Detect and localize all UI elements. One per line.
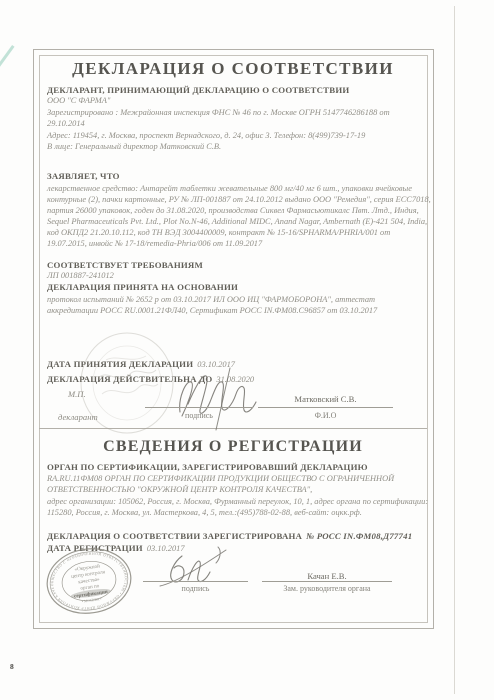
scan-artifact-mark — [0, 45, 15, 71]
cert-body-name: RA.RU.11ФМ08 ОРГАН ПО СЕРТИФИКАЦИИ ПРОДУ… — [47, 473, 431, 495]
declarant-signature-line — [145, 407, 253, 408]
declarant-heading: ДЕКЛАРАНТ, ПРИНИМАЮЩИЙ ДЕКЛАРАЦИЮ О СООТ… — [47, 85, 349, 95]
registration-title: СВЕДЕНИЯ О РЕГИСТРАЦИИ — [33, 438, 433, 456]
declarant-registration-line: Зарегистрировано : Межрайонная инспекция… — [47, 107, 429, 129]
declarant-fio-line — [258, 407, 393, 408]
declarant-fio-value: Матковский С.В. — [258, 394, 393, 404]
product-description: лекарственное средство: Антарейт таблетк… — [47, 183, 431, 249]
complies-value: ЛП 001887-241012 — [47, 271, 114, 280]
certification-round-stamp: ОБЩЕСТВО С ОГРАНИЧЕННОЙ ОТВЕТСТВЕННОСТЬЮ… — [42, 544, 142, 618]
declarant-person-line: В лице: Генеральный директор Матковский … — [47, 142, 221, 151]
declarant-fio-caption: Ф.И.О — [258, 411, 393, 420]
declaration-title: ДЕКЛАРАЦИЯ О СООТВЕТСТВИИ — [33, 59, 433, 79]
complies-heading: СООТВЕТСТВУЕТ ТРЕБОВАНИЯМ — [47, 260, 203, 270]
declares-heading: ЗАЯВЛЯЕТ, ЧТО — [47, 171, 120, 181]
registered-number: № РОСС IN.ФМ08,Д77741 — [306, 531, 412, 541]
paper-edge-line — [454, 6, 455, 694]
registrar-signature-caption: подпись — [143, 584, 248, 593]
declarant-role-label: декларант — [58, 412, 98, 422]
declarant-signature — [172, 360, 267, 432]
declarant-address-line: Адрес: 119454, г. Москва, проспект Верна… — [47, 131, 365, 140]
page-number: 8 — [10, 662, 14, 671]
cert-body-address: адрес организации: 105062, Россия, г. Мо… — [47, 496, 431, 518]
declarant-name: ООО "С ФАРМА" — [47, 96, 110, 105]
stamp-place-label: М.П. — [68, 389, 86, 399]
registrar-title: Зам. руководителя органа — [262, 584, 392, 593]
document-page: ДЕКЛАРАЦИЯ О СООТВЕТСТВИИ ДЕКЛАРАНТ, ПРИ… — [0, 0, 494, 700]
basis-heading: ДЕКЛАРАЦИЯ ПРИНЯТА НА ОСНОВАНИИ — [47, 282, 238, 292]
registrar-name-line — [262, 581, 392, 582]
declarant-signature-caption: подпись — [145, 411, 253, 420]
registrar-signature-line — [143, 581, 248, 582]
basis-text: протокол испытаний № 2652 р от 03.10.201… — [47, 294, 417, 316]
registrar-name: Качан Е.В. — [262, 571, 392, 581]
cert-body-heading: ОРГАН ПО СЕРТИФИКАЦИИ, ЗАРЕГИСТРИРОВАВШИ… — [47, 462, 368, 472]
